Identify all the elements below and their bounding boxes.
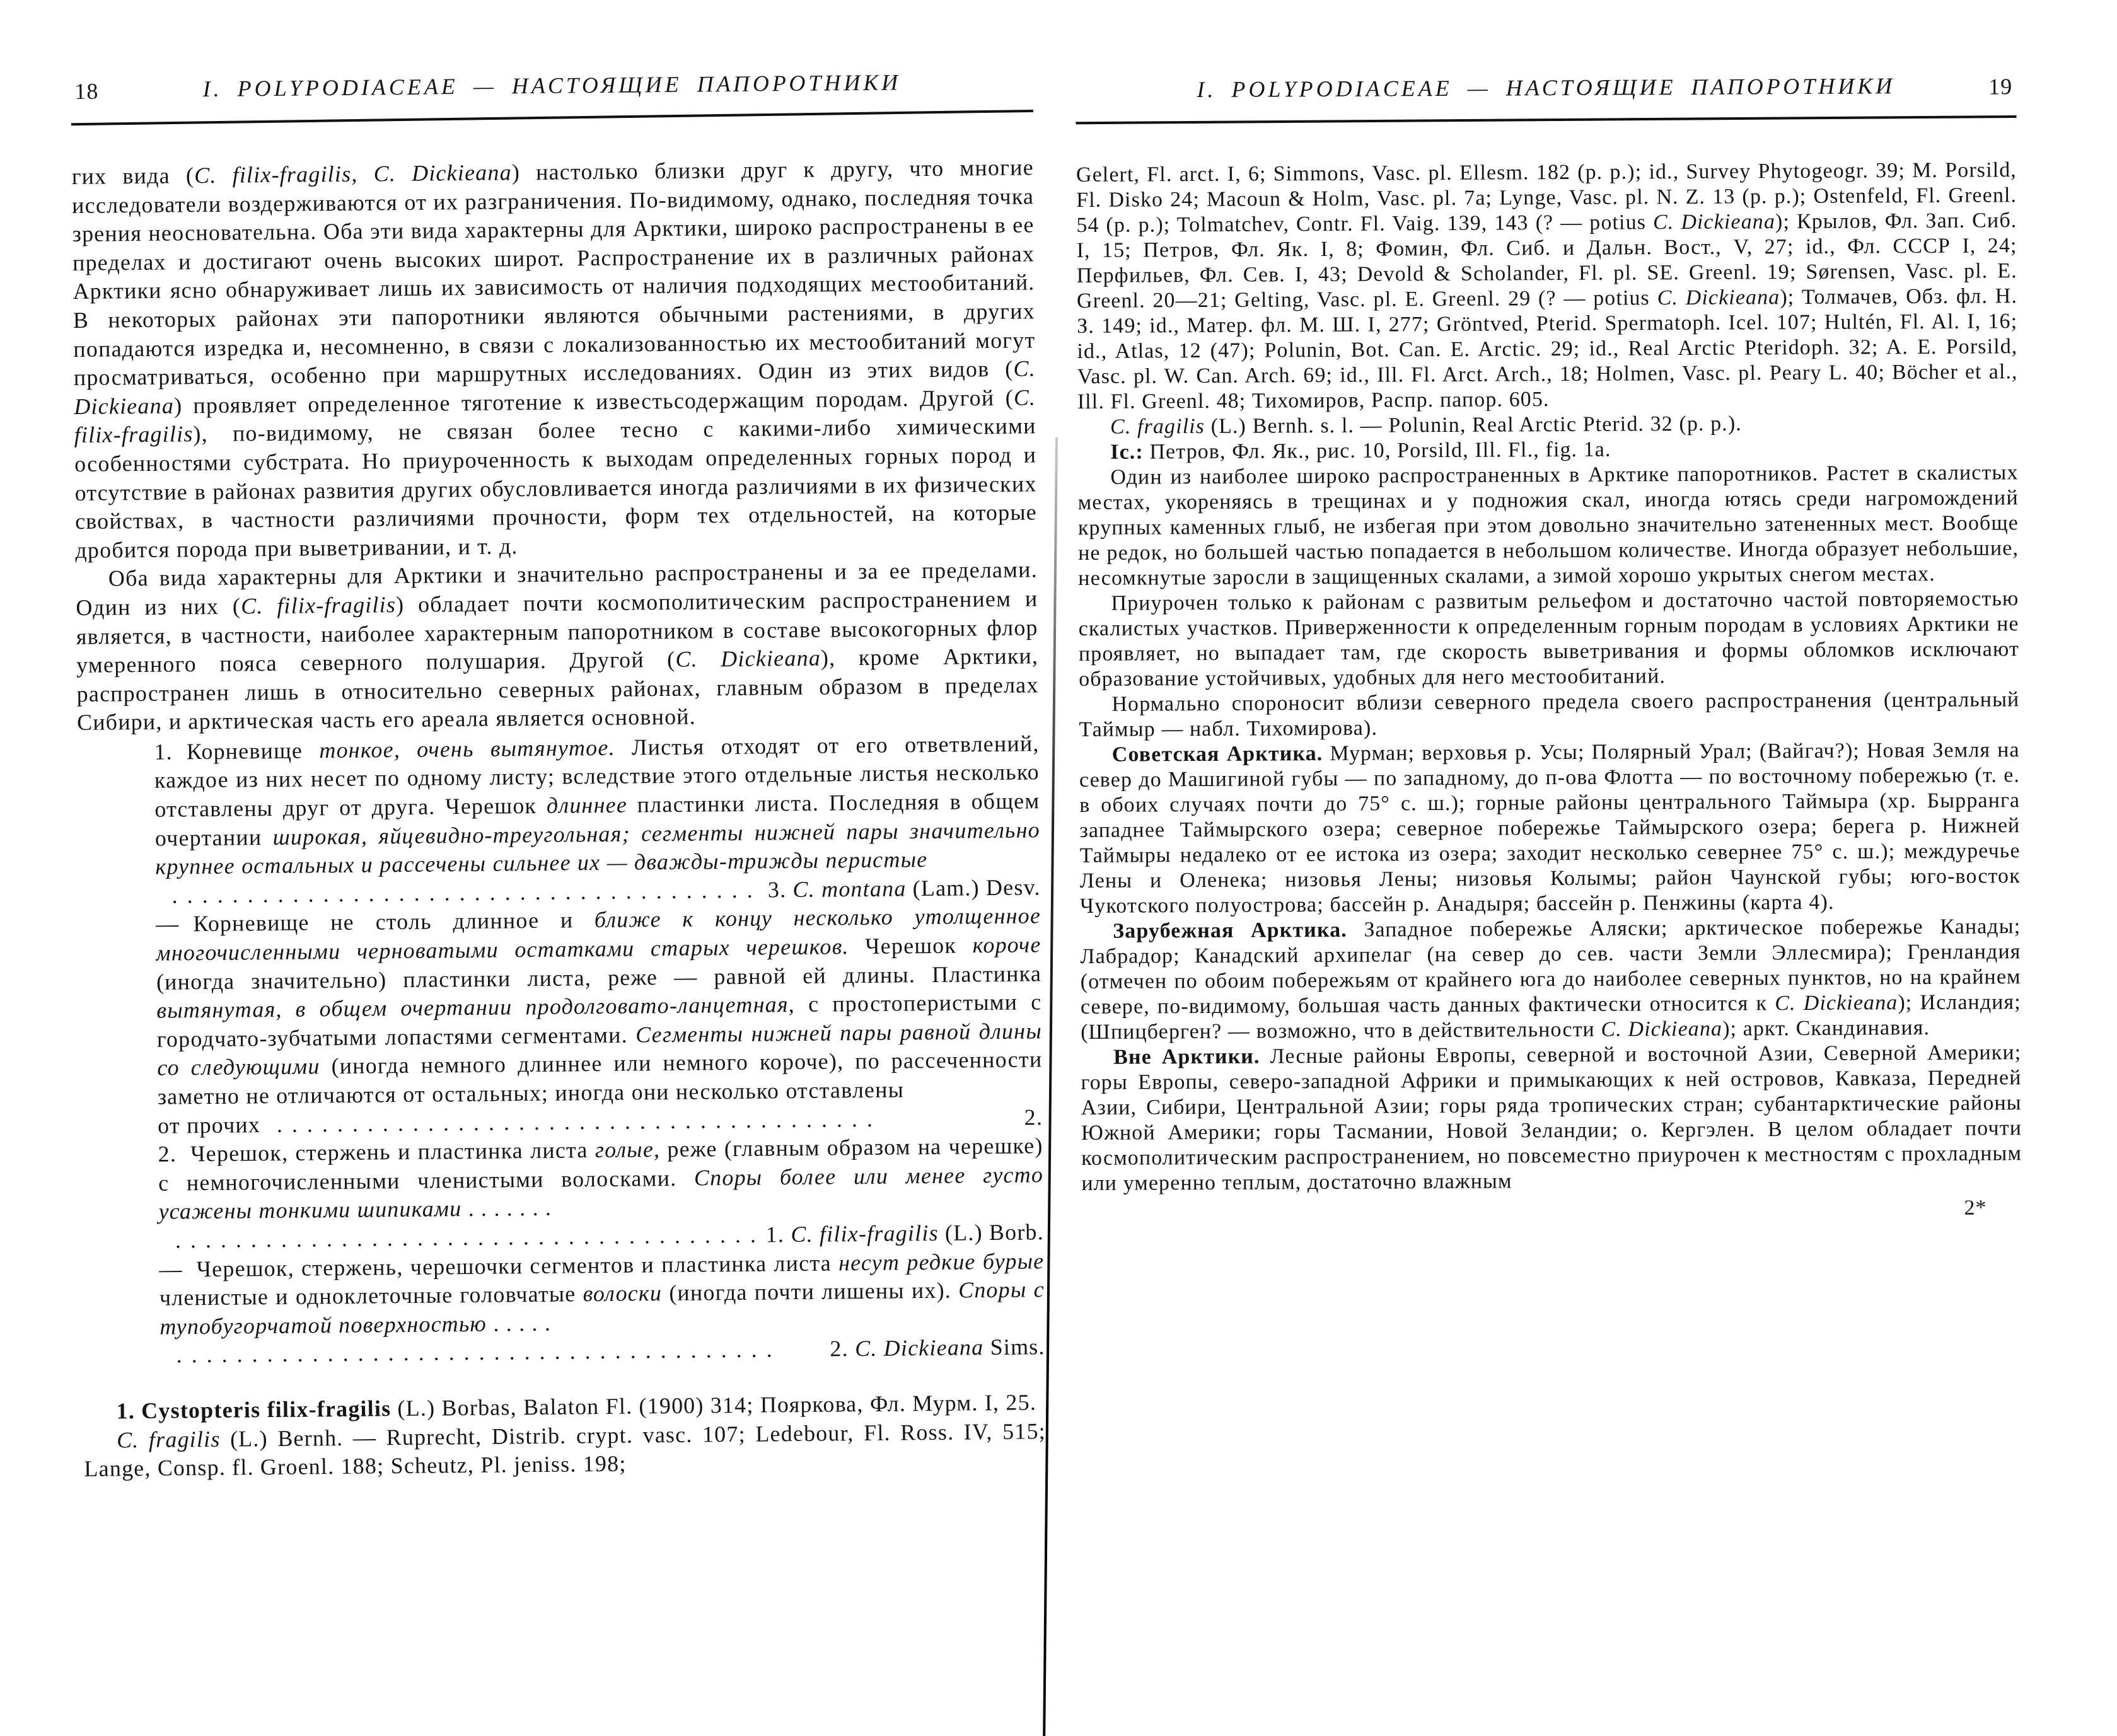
key-item-body: 1.Корневище тонкое, очень вытянутое. Лис… (77, 729, 1040, 882)
page-right: I. POLYPODIACEAE — НАСТОЯЩИЕ ПАПОРОТНИКИ… (1076, 55, 2022, 1225)
page-number: 18 (74, 78, 98, 105)
key-item-body: —Черешок, стержень, черешочки сегментов … (82, 1247, 1045, 1342)
paragraph-text: Оба вида характерны для Арктики и значит… (76, 557, 1039, 736)
key-item-text: Черешок, стержень, черешочки сегментов и… (159, 1248, 1045, 1340)
key-leader-dots: . . . . . . . . . . . . . . . . . . . . … (175, 1221, 756, 1255)
page-header-right: I. POLYPODIACEAE — НАСТОЯЩИЕ ПАПОРОТНИКИ… (1076, 72, 2016, 117)
key-item-2: 2.Черешок, стержень и пластинка листа го… (81, 1131, 1044, 1256)
synonym-text: C. fragilis (L.) Bernh. s. l. — Polunin,… (1110, 412, 1742, 438)
sporulation-paragraph: Нормально спороносит вблизи северного пр… (1079, 687, 2019, 743)
page-header-left: 18 I. POLYPODIACEAE — НАСТОЯЩИЕ ПАПОРОТН… (71, 67, 1033, 117)
key-item-marker: 1. (154, 739, 173, 764)
key-item-marker: — (159, 1256, 183, 1282)
running-title: I. POLYPODIACEAE — НАСТОЯЩИЕ ПАПОРОТНИКИ (1076, 72, 2016, 103)
key-leader-tail: от прочих (158, 1111, 260, 1140)
book-spread-scan: 18 I. POLYPODIACEAE — НАСТОЯЩИЕ ПАПОРОТН… (0, 0, 2117, 1736)
soviet-arctic-paragraph: Советская Арктика. Мурман; верховья р. У… (1079, 738, 2021, 919)
header-rule (1076, 115, 2017, 124)
key-item-body: 2.Черешок, стержень и пластинка листа го… (81, 1131, 1043, 1227)
key-item-text: Корневище не столь длинное и ближе к кон… (156, 903, 1042, 1109)
foreign-arctic-text: Зарубежная Арктика. Западное побережье А… (1080, 915, 2021, 1044)
habitat-paragraph: Один из наиболее широко распространенных… (1077, 460, 2019, 591)
body-text-right: Gelert, Fl. arct. I, 6; Simmons, Vasc. p… (1076, 158, 2022, 1225)
intro-paragraph-continued: гих вида (C. filix-fragilis, C. Dickiean… (72, 153, 1038, 565)
page-left: 18 I. POLYPODIACEAE — НАСТОЯЩИЕ ПАПОРОТН… (71, 51, 1047, 1483)
page-number: 19 (1988, 73, 2012, 100)
references-paragraph-continued: Gelert, Fl. arct. I, 6; Simmons, Vasc. p… (1076, 158, 2018, 415)
soviet-arctic-text: Советская Арктика. Мурман; верховья р. У… (1079, 738, 2021, 918)
key-item-text: Черешок, стержень и пластинка листа голы… (158, 1133, 1043, 1224)
body-text-left: гих вида (C. filix-fragilis, C. Dickiean… (72, 153, 1047, 1483)
key-item-2-alt: —Черешок, стержень, черешочки сегментов … (82, 1247, 1045, 1371)
distribution-overview-paragraph: Оба вида характерны для Арктики и значит… (76, 556, 1040, 738)
foreign-arctic-paragraph: Зарубежная Арктика. Западное побережье А… (1080, 914, 2021, 1045)
reference-text: Gelert, Fl. arct. I, 6; Simmons, Vasc. p… (1076, 158, 2018, 414)
key-item-body: —Корневище не столь длинное и ближе к ко… (79, 902, 1043, 1113)
terrain-paragraph: Приурочен только к районам с развитым ре… (1078, 586, 2019, 692)
synonym-reference-paragraph: C. fragilis (L.) Bernh. — Ruprecht, Dist… (84, 1417, 1047, 1484)
outside-arctic-paragraph: Вне Арктики. Лесные районы Европы, север… (1081, 1040, 2022, 1196)
identification-key: 1.Корневище тонкое, очень вытянутое. Лис… (77, 729, 1045, 1371)
key-result-species: 3. C. montana (Lam.) Desv. (758, 873, 1041, 905)
iconography-text: Ic.: Петров, Фл. Як., рис. 10, Porsild, … (1110, 438, 1611, 464)
outside-arctic-text: Вне Арктики. Лесные районы Европы, север… (1081, 1041, 2022, 1195)
key-item-marker: — (156, 911, 180, 937)
key-result-species: 2. C. Dickieana Sims. (820, 1333, 1045, 1364)
signature-mark: 2* (1081, 1195, 2022, 1225)
key-item-1-alt: —Корневище не столь длинное и ближе к ко… (79, 902, 1043, 1141)
page-gutter-fold-line (1043, 437, 1058, 1736)
running-title: I. POLYPODIACEAE — НАСТОЯЩИЕ ПАПОРОТНИКИ (71, 67, 1033, 103)
key-result-number: 2. (1014, 1103, 1043, 1132)
key-leader-dots: . . . . . . . . . . . . . . . . . . . . … (177, 1335, 820, 1370)
key-item-1: 1.Корневище тонкое, очень вытянутое. Лис… (77, 729, 1041, 911)
reference-text: C. fragilis (L.) Bernh. — Ruprecht, Dist… (84, 1418, 1046, 1481)
key-result-species: 1. C. filix-fragilis (L.) Borb. (756, 1218, 1045, 1249)
key-item-marker: 2. (158, 1142, 177, 1167)
paragraph-text: гих вида (C. filix-fragilis, C. Dickiean… (72, 154, 1038, 562)
key-item-text: Корневище тонкое, очень вытянутое. Листь… (154, 731, 1040, 879)
